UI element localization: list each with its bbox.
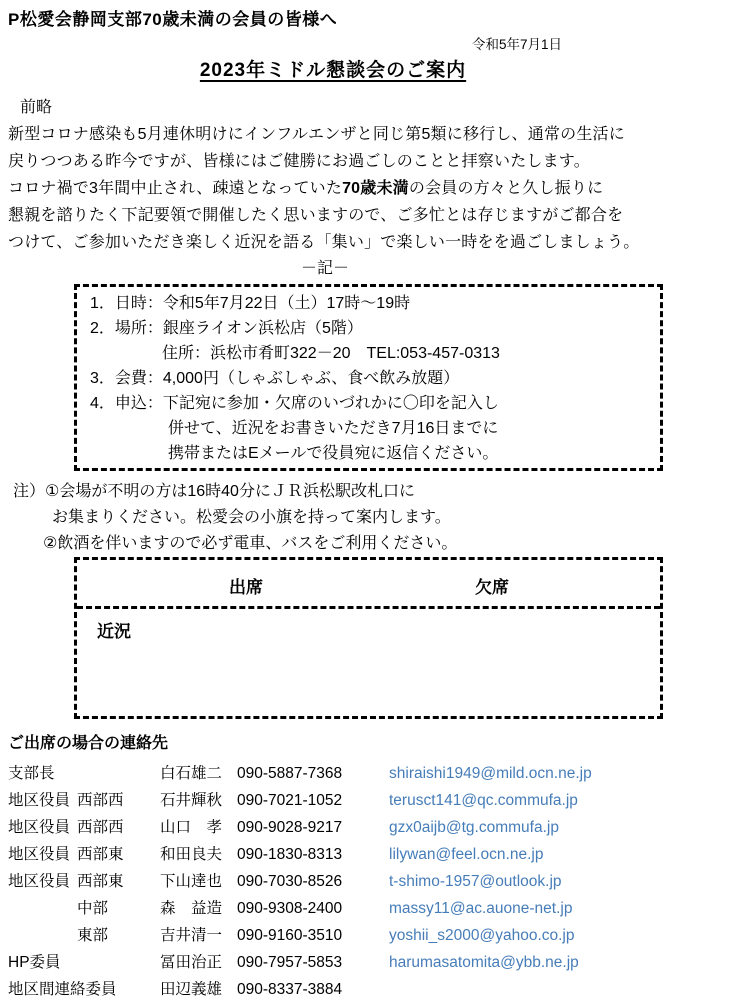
email-link[interactable]: yoshii_s2000@yahoo.co.jp [389, 922, 740, 949]
document-date: 令和5年7月1日 [472, 36, 740, 54]
ki-divider: －記－ [0, 256, 650, 282]
district-cell: 西部東 [77, 868, 160, 895]
contact-row: 東部 吉井清一 090-9160-3510 yoshii_s2000@yahoo… [8, 922, 740, 949]
salutation: 前略 [20, 94, 740, 121]
district-cell: 西部西 [77, 814, 160, 841]
body-line: つけて、ご参加いただき楽しく近況を語る「集い」で楽しい一時をを過ごしましょう。 [8, 229, 740, 256]
note-line-2: お集まりください。松愛会の小旗を持って案内します。 [13, 505, 740, 531]
recipient-headline: P松愛会静岡支部70歳未満の会員の皆様へ [8, 0, 740, 32]
district-cell [77, 760, 160, 787]
note-line-1: 注）①会場が不明の方は16時40分にＪＲ浜松駅改札口に [13, 479, 740, 505]
phone-cell: 090-9160-3510 [237, 922, 389, 949]
name-cell: 和田良夫 [160, 841, 237, 868]
phone-cell: 090-1830-8313 [237, 841, 389, 868]
name-cell: 下山達也 [160, 868, 237, 895]
role-cell: 地区間連絡委員 [8, 976, 77, 1001]
document-page: P松愛会静岡支部70歳未満の会員の皆様へ 令和5年7月1日 2023年ミドル懇談… [0, 0, 740, 1001]
name-cell: 吉井清一 [160, 922, 237, 949]
contact-row: HP委員 冨田治正 090-7957-5853 harumasatomita@y… [8, 949, 740, 976]
contact-row: 地区間連絡委員 田辺義雄 090-8337-3884 [8, 976, 740, 1001]
role-cell: 支部長 [8, 760, 77, 787]
district-cell [77, 949, 160, 976]
detail-apply-3: 携帯またはEメールで役員宛に返信ください。 [90, 441, 660, 466]
contact-row: 地区役員 西部西 山口 孝 090-9028-9217 gzx0aijb@tg.… [8, 814, 740, 841]
name-cell: 田辺義雄 [160, 976, 237, 1001]
role-cell: 地区役員 [8, 868, 77, 895]
reply-choice-row: 出席 欠席 [77, 560, 660, 609]
district-cell: 西部西 [77, 787, 160, 814]
contact-row: 支部長 白石雄二 090-5887-7368 shiraishi1949@mil… [8, 760, 740, 787]
email-link[interactable]: lilywan@feel.ocn.ne.jp [389, 841, 740, 868]
note-line-3: ②飲酒を伴いますので必ず電車、バスをご利用ください。 [13, 531, 740, 557]
absent-label: 欠席 [475, 573, 509, 598]
contacts-table: 支部長 白石雄二 090-5887-7368 shiraishi1949@mil… [8, 760, 740, 1001]
district-cell: 中部 [77, 895, 160, 922]
detail-address: 住所：浜松市肴町322－20 TEL:053-457-0313 [90, 341, 660, 366]
role-cell: 地区役員 [8, 787, 77, 814]
attend-label: 出席 [229, 573, 263, 598]
phone-cell: 090-9308-2400 [237, 895, 389, 922]
contact-row: 地区役員 西部東 和田良夫 090-1830-8313 lilywan@feel… [8, 841, 740, 868]
recent-status-label: 近況 [77, 609, 660, 642]
body-paragraph: 新型コロナ感染も5月連休明けにインフルエンザと同じ第5類に移行し、通常の生活に … [8, 121, 740, 256]
contacts-heading: ご出席の場合の連絡先 [8, 732, 740, 756]
detail-apply-2: 併せて、近況をお書きいただき7月16日までに [90, 416, 660, 441]
page-title: 2023年ミドル懇談会のご案内 [0, 58, 666, 84]
name-cell: 冨田治正 [160, 949, 237, 976]
name-cell: 山口 孝 [160, 814, 237, 841]
name-cell: 白石雄二 [160, 760, 237, 787]
emphasized-age-text: 70歳未満 [342, 180, 409, 197]
email-link[interactable]: shiraishi1949@mild.ocn.ne.jp [389, 760, 740, 787]
detail-fee: 3．会費：4,000円（しゃぶしゃぶ、食べ飲み放題） [90, 366, 660, 391]
detail-datetime: 1．日時：令和5年7月22日（土）17時～19時 [90, 291, 660, 316]
role-cell: 地区役員 [8, 814, 77, 841]
phone-cell: 090-7957-5853 [237, 949, 389, 976]
email-link[interactable]: gzx0aijb@tg.commufa.jp [389, 814, 740, 841]
email-link[interactable]: massy11@ac.auone-net.jp [389, 895, 740, 922]
role-cell: 地区役員 [8, 841, 77, 868]
body-line: 懇親を諮りたく下記要領で開催したく思いますので、ご多忙とは存じますがご都合を [8, 202, 740, 229]
email-link[interactable]: t-shimo-1957@outlook.jp [389, 868, 740, 895]
detail-venue: 2．場所：銀座ライオン浜松店（5階） [90, 316, 660, 341]
contact-row: 中部 森 益造 090-9308-2400 massy11@ac.auone-n… [8, 895, 740, 922]
phone-cell: 090-8337-3884 [237, 976, 389, 1001]
name-cell: 石井輝秋 [160, 787, 237, 814]
body-line: コロナ禍で3年間中止され、疎遠となっていた70歳未満の会員の方々と久し振りに [8, 175, 740, 202]
district-cell: 東部 [77, 922, 160, 949]
detail-apply-1: 4．申込：下記宛に参加・欠席のいづれかに〇印を記入し [90, 391, 660, 416]
district-cell: 西部東 [77, 841, 160, 868]
email-link[interactable]: terusct141@qc.commufa.jp [389, 787, 740, 814]
role-cell [8, 895, 77, 922]
phone-cell: 090-7030-8526 [237, 868, 389, 895]
district-cell [77, 976, 160, 1001]
event-details-box: 1．日時：令和5年7月22日（土）17時～19時 2．場所：銀座ライオン浜松店（… [74, 284, 663, 471]
body-line: 戻りつつある昨今ですが、皆様にはご健勝にお過ごしのことと拝察いたします。 [8, 148, 740, 175]
name-cell: 森 益造 [160, 895, 237, 922]
phone-cell: 090-9028-9217 [237, 814, 389, 841]
body-line: 新型コロナ感染も5月連休明けにインフルエンザと同じ第5類に移行し、通常の生活に [8, 121, 740, 148]
phone-cell: 090-5887-7368 [237, 760, 389, 787]
contact-row: 地区役員 西部東 下山達也 090-7030-8526 t-shimo-1957… [8, 868, 740, 895]
notes-section: 注）①会場が不明の方は16時40分にＪＲ浜松駅改札口に お集まりください。松愛会… [13, 479, 740, 557]
phone-cell: 090-7021-1052 [237, 787, 389, 814]
role-cell: HP委員 [8, 949, 77, 976]
contact-row: 地区役員 西部西 石井輝秋 090-7021-1052 terusct141@q… [8, 787, 740, 814]
email-link[interactable]: harumasatomita@ybb.ne.jp [389, 949, 740, 976]
email-link[interactable] [389, 976, 740, 1001]
role-cell [8, 922, 77, 949]
reply-form-box: 出席 欠席 近況 [74, 557, 663, 719]
